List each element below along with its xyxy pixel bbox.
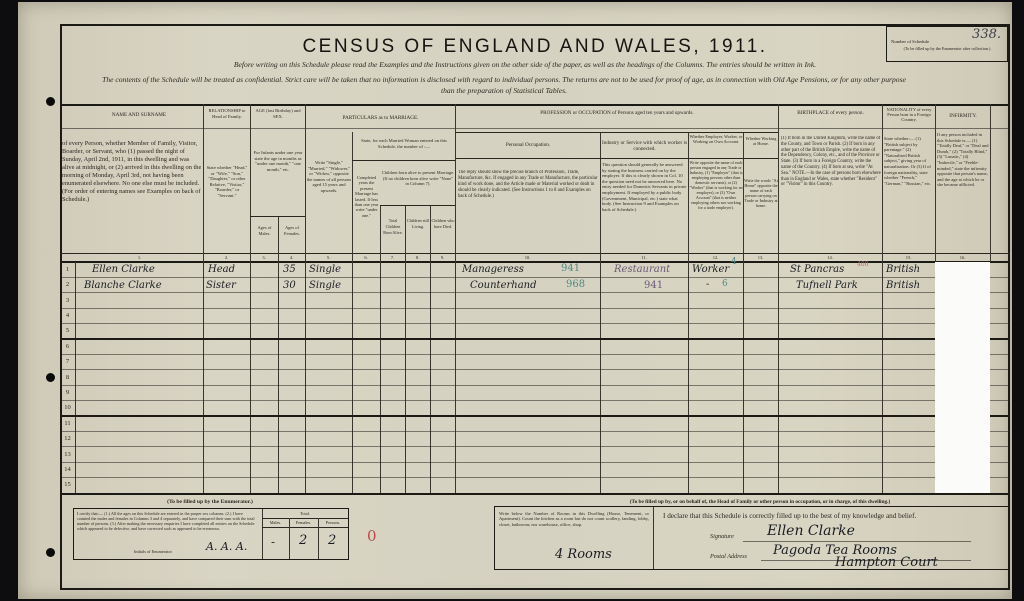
col10-sub: Personal Occupation. — [456, 142, 600, 148]
enumerator-heading: (To be filled up by the Enumerator.) — [60, 499, 360, 505]
column-divider — [882, 104, 883, 493]
occupier-heading: (To be filled up by, or on behalf of, th… — [520, 499, 1000, 505]
nationality-cell: British — [886, 264, 920, 275]
column-number: 3. — [250, 255, 278, 262]
col3-sub: Ages of Males. — [251, 225, 278, 237]
row-number: 9 — [60, 389, 75, 396]
column-divider — [990, 104, 991, 262]
table-bottom-border — [60, 493, 1010, 495]
col5-instruction: Write "Single," "Married," "Widower," or… — [306, 160, 352, 194]
col2-instruction: State whether "Head," or "Wife," "Son," … — [205, 165, 249, 199]
col12-instruction: Write opposite the name of each person e… — [689, 160, 743, 210]
column-number: 11. — [600, 255, 688, 262]
occupation-subheading-line — [455, 158, 778, 159]
col13-sub: Whether Working at Home. — [744, 136, 778, 146]
col3-instruction: For Infants under one year state the age… — [252, 150, 304, 172]
col15-heading: NATIONALITY of every Person born in a Fo… — [883, 107, 935, 123]
column-divider — [203, 104, 204, 493]
marriage-cell: Single — [309, 280, 341, 291]
birthplace-cell: St Pancras — [790, 264, 844, 275]
row-number: 15 — [60, 481, 75, 488]
industry-cell: Restaurant — [614, 264, 670, 275]
col12-sub: Whether Employer, Worker, or Working on … — [689, 134, 743, 144]
relationship-cell: Head — [208, 264, 235, 275]
enumerator-certify-text: I certify that:— (1.) All the ages on th… — [77, 511, 257, 531]
occupation-cell: Counterhand — [470, 280, 537, 291]
children-group-note: Children born alive to present Marriage.… — [381, 170, 455, 187]
col4-sub: Ages of Females. — [279, 225, 305, 237]
age-female-cell: 35 — [283, 264, 296, 275]
declaration-text: I declare that this Schedule is correctl… — [663, 512, 916, 520]
column-number: 1. — [76, 255, 203, 262]
punch-hole — [46, 373, 55, 382]
confidential-line-2: than the preparation of Statistical Tabl… — [64, 86, 944, 95]
marriage-subgroup-line — [352, 160, 455, 161]
col1-instruction: of every Person, whether Member of Famil… — [62, 140, 202, 204]
col9-sub: Children who have Died. — [431, 218, 455, 230]
column-number: 5. — [305, 255, 352, 262]
females-label: Females. — [289, 520, 318, 526]
col16-instruction: If any person included in this Schedule … — [937, 132, 989, 188]
relationship-cell: Sister — [206, 280, 236, 291]
punch-hole — [46, 548, 55, 557]
column-divider — [455, 104, 456, 493]
employment-cell: - — [706, 279, 709, 290]
schedule-number: 338. — [972, 27, 1001, 42]
birthplace-cell: Tufnell Park — [796, 280, 858, 291]
postal-address-label: Postal Address — [710, 553, 747, 560]
enumerator-initials: A. A. A. — [206, 540, 247, 553]
initials-label: Initials of Enumerator — [134, 549, 172, 555]
col8-sub: Children still Living. — [406, 218, 430, 230]
employment-code: 6 — [722, 279, 728, 289]
signature: Ellen Clarke — [767, 523, 855, 539]
column-number: 10. — [455, 255, 600, 262]
instruction-line: Before writing on this Schedule please r… — [200, 60, 850, 69]
row-number: 6 — [60, 343, 75, 350]
col14-heading: BIRTHPLACE of every person. — [779, 110, 882, 116]
occupation-code: 968 — [566, 279, 585, 290]
punch-hole — [46, 97, 55, 106]
row-number: 14 — [60, 466, 75, 473]
occupier-box: Write below the Number of Rooms in this … — [494, 506, 1010, 570]
confidential-line: The contents of the Schedule will be tre… — [64, 75, 944, 84]
row-number: 2 — [60, 281, 75, 288]
row-number: 11 — [60, 420, 75, 427]
name-cell: Ellen Clarke — [92, 264, 155, 275]
red-mark: 0 — [367, 527, 377, 545]
row-number: 10 — [60, 404, 75, 411]
col11-instruction: This question should generally be answer… — [602, 162, 687, 212]
col10-instruction: The reply should show the precise branch… — [458, 170, 598, 200]
column-number: 15. — [882, 255, 935, 262]
row-number: 4 — [60, 312, 75, 319]
marriage-group-note: State, for each Married Woman entered on… — [353, 138, 455, 149]
redacted-infirmity-column — [935, 262, 990, 493]
row-number: 1 — [60, 266, 75, 273]
column-divider — [430, 205, 431, 493]
row-number: 7 — [60, 358, 75, 365]
col14-instruction: (1) If born in the United Kingdom, write… — [781, 136, 881, 188]
enumerator-box: I certify that:— (1.) All the ages on th… — [73, 508, 349, 560]
column-number: 8. — [405, 255, 430, 262]
row-number: 13 — [60, 451, 75, 458]
column-divider — [405, 205, 406, 493]
column-divider — [380, 205, 381, 493]
col1-heading: NAME AND SURNAME — [76, 112, 202, 118]
children-subgroup-line — [380, 205, 455, 206]
marriage-cell: Single — [309, 264, 341, 275]
postal-address-line2: Hampton Court — [835, 555, 938, 570]
rooms-count: 4 Rooms — [555, 547, 612, 562]
rooms-instruction: Write below the Number of Rooms in this … — [499, 511, 649, 527]
col11-sub: Industry or Service with which worker is… — [601, 140, 688, 152]
industry-cell: 941 — [644, 280, 663, 291]
employment-code: 4 — [731, 257, 737, 267]
col16-heading: INFIRMITY. — [936, 113, 990, 119]
column-divider — [600, 132, 601, 493]
column-number: 2. — [203, 255, 250, 262]
row-number: 12 — [60, 435, 75, 442]
total-persons: 2 — [328, 533, 336, 548]
column-number: 9. — [430, 255, 455, 262]
occupation-cell: Manageress — [462, 264, 524, 275]
col15-instruction: State whether:— (1) "British subject by … — [884, 136, 934, 186]
persons-label: Persons. — [318, 520, 348, 526]
col3-heading: AGE (last Birthday) and SEX. — [251, 108, 305, 120]
males-label: Males. — [262, 520, 289, 526]
col13-instruction: Write the words "At Home" opposite the n… — [744, 178, 778, 208]
total-females: 2 — [299, 533, 307, 548]
column-divider — [75, 262, 76, 493]
age-female-cell: 30 — [283, 280, 296, 291]
schedule-number-label: Number of Schedule — [891, 39, 929, 44]
col10-heading: PROFESSION or OCCUPATION of Persons aged… — [456, 110, 778, 116]
row-number: 8 — [60, 374, 75, 381]
birthplace-code: 400 — [857, 261, 868, 268]
row-number: 3 — [60, 297, 75, 304]
col5-heading: PARTICULARS as to MARRIAGE. — [306, 115, 455, 121]
nationality-cell: British — [886, 280, 920, 291]
col2-heading: RELATIONSHIP to Head of Family. — [204, 108, 250, 120]
schedule-number-note: (To be filled up by the Enumerator after… — [891, 46, 1003, 51]
col6-instruction: Completed years the present Marriage has… — [353, 175, 380, 218]
column-divider — [778, 104, 779, 493]
employment-cell: Worker — [692, 264, 729, 275]
total-label: Total. — [262, 511, 348, 517]
occupation-subgroup-line — [455, 132, 778, 133]
page-title: CENSUS OF ENGLAND AND WALES, 1911. — [60, 36, 1010, 58]
schedule-number-box: Number of Schedule 338. (To be filled up… — [886, 26, 1008, 62]
col7-sub: Total Children Born Alive. — [381, 218, 405, 236]
signature-label: Signature — [710, 533, 734, 540]
column-number: 16. — [935, 255, 990, 262]
column-number: 4. — [278, 255, 305, 262]
column-number: 13. — [743, 255, 778, 262]
row-number: 5 — [60, 327, 75, 334]
age-subgroup-line — [250, 216, 305, 217]
column-divider — [250, 104, 251, 493]
total-males: - — [271, 535, 275, 549]
column-number: 7. — [380, 255, 405, 262]
name-cell: Blanche Clarke — [84, 280, 162, 291]
column-number: 6. — [352, 255, 380, 262]
occupation-code: 941 — [561, 263, 580, 274]
